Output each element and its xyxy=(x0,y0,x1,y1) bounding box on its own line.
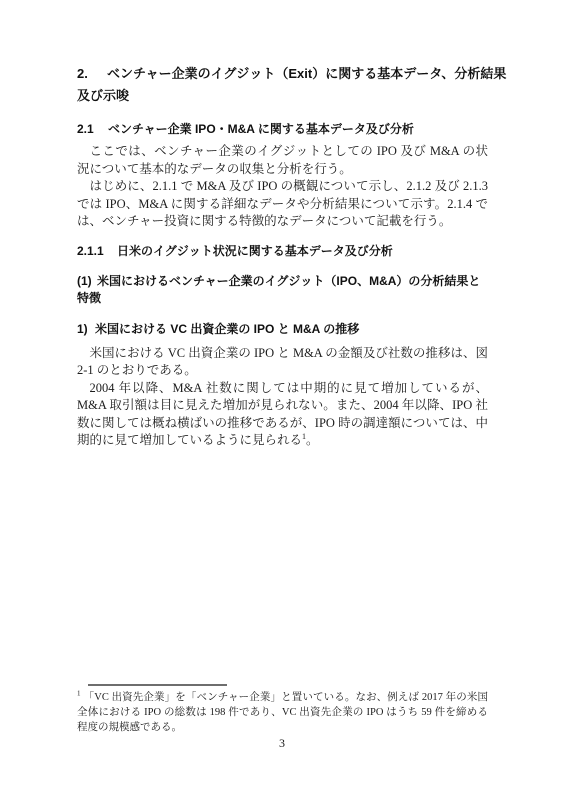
subsubsection-heading-1-text: 米国における VC 出資企業の IPO と M&A の推移 xyxy=(95,322,359,336)
page-content: 2.ベンチャー企業のイグジット（Exit）に関する基本データ、分析結果及び示唆 … xyxy=(0,63,564,450)
section-heading-2-1-1-text: 日米のイグジット状況に関する基本データ及び分析 xyxy=(117,244,393,258)
subsection-heading-1-text: 米国におけるベンチャー企業のイグジット（IPO、M&A）の分析結果と特徴 xyxy=(77,274,480,305)
chapter-heading: 2.ベンチャー企業のイグジット（Exit）に関する基本データ、分析結果及び示唆 xyxy=(77,63,510,107)
paragraph-body-2-tail: 。 xyxy=(306,433,319,447)
chapter-heading-number: 2. xyxy=(77,63,107,85)
paragraph-intro-1: ここでは、ベンチャー企業のイグジットとしての IPO 及び M&A の状況につい… xyxy=(77,143,488,178)
footnote-text: 「VC 出資先企業」を「ベンチャー企業」と置いている。なお、例えば 2017 年… xyxy=(77,692,488,733)
section-heading-2-1-number: 2.1 xyxy=(77,121,108,138)
section-heading-2-1-1: 2.1.1日米のイグジット状況に関する基本データ及び分析 xyxy=(77,243,488,260)
document-page: 2.ベンチャー企業のイグジット（Exit）に関する基本データ、分析結果及び示唆 … xyxy=(0,0,564,800)
subsection-heading-1: (1)米国におけるベンチャー企業のイグジット（IPO、M&A）の分析結果と特徴 xyxy=(77,273,488,307)
chapter-heading-text: ベンチャー企業のイグジット（Exit）に関する基本データ、分析結果及び示唆 xyxy=(77,66,506,103)
footnote-separator-line xyxy=(88,684,227,686)
section-heading-2-1-1-number: 2.1.1 xyxy=(77,243,117,260)
subsection-heading-1-number: (1) xyxy=(77,273,97,290)
footnote: 1「VC 出資先企業」を「ベンチャー企業」と置いている。なお、例えば 2017 … xyxy=(77,690,488,735)
paragraph-body-2: 2004 年以降、M&A 社数に関しては中期的に見て増加しているが、M&A 取引… xyxy=(77,380,488,450)
section-heading-2-1: 2.1ベンチャー企業 IPO・M&A に関する基本データ及び分析 xyxy=(77,121,488,138)
paragraph-intro-2: はじめに、2.1.1 で M&A 及び IPO の概観について示し、2.1.2 … xyxy=(77,178,488,231)
footnote-area: 1「VC 出資先企業」を「ベンチャー企業」と置いている。なお、例えば 2017 … xyxy=(77,684,488,735)
page-number: 3 xyxy=(0,736,564,751)
subsubsection-heading-1-number: 1) xyxy=(77,321,95,338)
paragraph-body-2-text: 2004 年以降、M&A 社数に関しては中期的に見て増加しているが、M&A 取引… xyxy=(77,381,488,448)
paragraph-body-1: 米国における VC 出資企業の IPO と M&A の金額及び社数の推移は、図 … xyxy=(77,345,488,380)
subsubsection-heading-1: 1)米国における VC 出資企業の IPO と M&A の推移 xyxy=(77,321,488,338)
footnote-marker: 1 xyxy=(77,690,81,698)
section-heading-2-1-text: ベンチャー企業 IPO・M&A に関する基本データ及び分析 xyxy=(108,122,414,136)
